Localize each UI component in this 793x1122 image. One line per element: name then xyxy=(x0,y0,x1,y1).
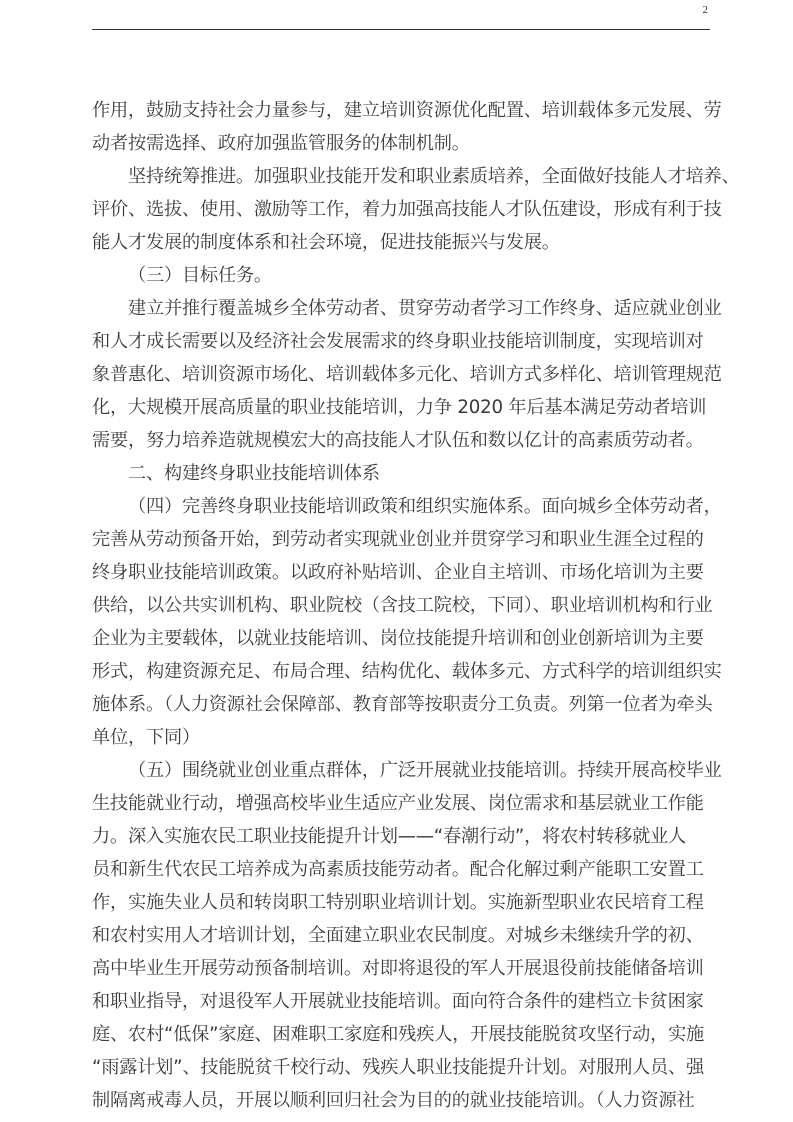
text-line: 动者按需选择、政府加强监管服务的体制机制。 xyxy=(92,127,712,160)
text-line: 员和新生代农民工培养成为高素质技能劳动者。配合化解过剩产能职工安置工 xyxy=(92,853,712,886)
text-line: 作用，鼓励支持社会力量参与，建立培训资源优化配置、培训载体多元发展、劳 xyxy=(92,94,712,127)
text-line: 完善从劳动预备开始，到劳动者实现就业创业并贯穿学习和职业生涯全过程的 xyxy=(92,523,712,556)
text-line: 形式，构建资源充足、布局合理、结构优化、载体多元、方式科学的培训组织实 xyxy=(92,655,712,688)
text-line: 能人才发展的制度体系和社会环境，促进技能振兴与发展。 xyxy=(92,226,712,259)
text-line: 需要，努力培养造就规模宏大的高技能人才队伍和数以亿计的高素质劳动者。 xyxy=(92,424,712,457)
text-line: 企业为主要载体，以就业技能培训、岗位技能提升培训和创业创新培训为主要 xyxy=(92,622,712,655)
text-line: 建立并推行覆盖城乡全体劳动者、贯穿劳动者学习工作终身、适应就业创业 xyxy=(92,292,712,325)
text-line: 庭、农村“低保”家庭、困难职工家庭和残疾人，开展技能脱贫攻坚行动，实施 xyxy=(92,1018,712,1051)
text-line: 生技能就业行动，增强高校毕业生适应产业发展、岗位需求和基层就业工作能 xyxy=(92,787,712,820)
text-line: 和人才成长需要以及经济社会发展需求的终身职业技能培训制度，实现培训对 xyxy=(92,325,712,358)
text-line: 象普惠化、培训资源市场化、培训载体多元化、培训方式多样化、培训管理规范 xyxy=(92,358,712,391)
text-line: 二、构建终身职业技能培训体系 xyxy=(92,457,712,490)
text-line: 和农村实用人才培训计划，全面建立职业农民制度。对城乡未继续升学的初、 xyxy=(92,919,712,952)
text-line: 终身职业技能培训政策。以政府补贴培训、企业自主培训、市场化培训为主要 xyxy=(92,556,712,589)
text-line: 单位，下同） xyxy=(92,721,712,754)
text-line: 作，实施失业人员和转岗职工特别职业培训计划。实施新型职业农民培育工程 xyxy=(92,886,712,919)
text-line: “雨露计划”、技能脱贫千校行动、残疾人职业技能提升计划。对服刑人员、强 xyxy=(92,1051,712,1084)
document-body: 作用，鼓励支持社会力量参与，建立培训资源优化配置、培训载体多元发展、劳动者按需选… xyxy=(92,94,712,1117)
text-line: 力。深入实施农民工职业技能提升计划——“春潮行动”，将农村转移就业人 xyxy=(92,820,712,853)
text-line: 评价、选拔、使用、激励等工作，着力加强高技能人才队伍建设，形成有利于技 xyxy=(92,193,712,226)
text-line: 供给，以公共实训机构、职业院校（含技工院校，下同）、职业培训机构和行业 xyxy=(92,589,712,622)
header-rule xyxy=(92,29,710,30)
text-line: 高中毕业生开展劳动预备制培训。对即将退役的军人开展退役前技能储备培训 xyxy=(92,952,712,985)
text-line: 坚持统筹推进。加强职业技能开发和职业素质培养，全面做好技能人才培养、 xyxy=(92,160,712,193)
text-line: 和职业指导，对退役军人开展就业技能培训。面向符合条件的建档立卡贫困家 xyxy=(92,985,712,1018)
text-line: 化，大规模开展高质量的职业技能培训，力争 2020 年后基本满足劳动者培训 xyxy=(92,391,712,424)
text-line: （三）目标任务。 xyxy=(92,259,712,292)
page-number: 2 xyxy=(703,4,709,16)
text-line: （四）完善终身职业技能培训政策和组织实施体系。面向城乡全体劳动者， xyxy=(92,490,712,523)
text-line: （五）围绕就业创业重点群体，广泛开展就业技能培训。持续开展高校毕业 xyxy=(92,754,712,787)
text-line: 制隔离戒毒人员，开展以顺利回归社会为目的的就业技能培训。（人力资源社 xyxy=(92,1084,712,1117)
text-line: 施体系。（人力资源社会保障部、教育部等按职责分工负责。列第一位者为牵头 xyxy=(92,688,712,721)
